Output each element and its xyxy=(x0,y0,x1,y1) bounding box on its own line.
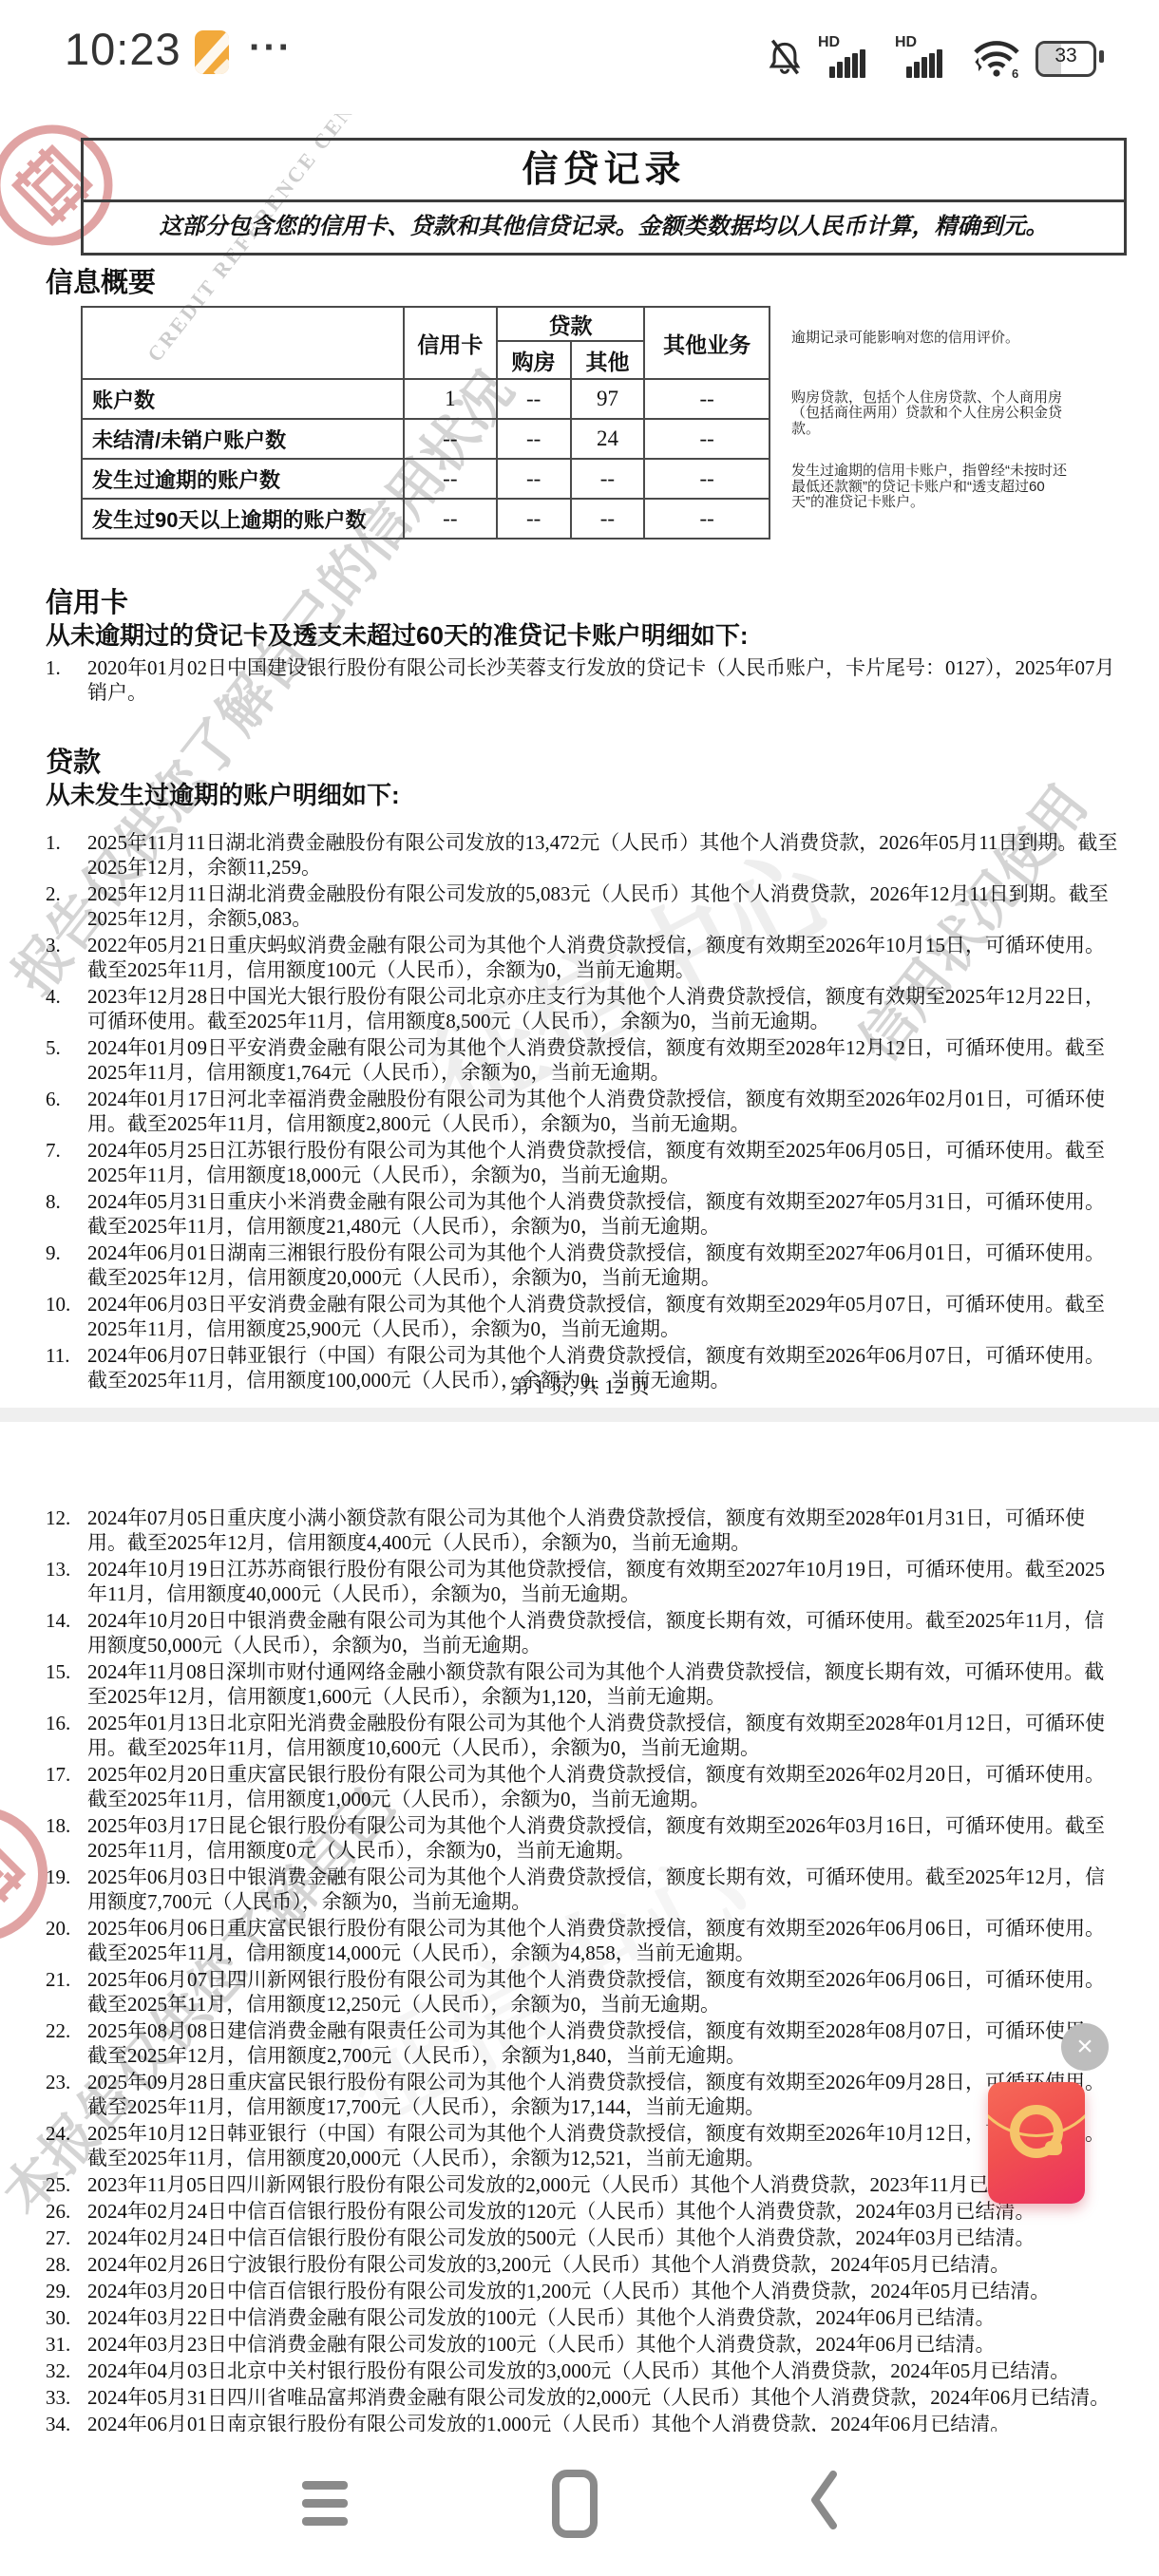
col-loan: 贷款 xyxy=(497,307,645,341)
item-number: 6. xyxy=(46,1087,87,1136)
list-item: 23. 2025年09月28日重庆富民银行股份有限公司为其他个人消费贷款授信，额… xyxy=(46,2070,1121,2119)
row-label: 发生过90天以上逾期的账户数 xyxy=(82,499,404,539)
list-item: 12. 2024年07月05日重庆度小满小额贷款有限公司为其他个人消费贷款授信，… xyxy=(46,1506,1121,1555)
item-text: 2024年05月25日江苏银行股份有限公司为其他个人消费贷款授信，额度有效期至2… xyxy=(87,1138,1121,1187)
recents-menu-button[interactable] xyxy=(302,2481,348,2526)
item-text: 2024年03月22日中信消费金融有限公司发放的100元（人民币）其他个人消费贷… xyxy=(87,2305,1121,2330)
list-item: 1. 2020年01月02日中国建设银行股份有限公司长沙芙蓉支行发放的贷记卡（人… xyxy=(46,655,1121,705)
table-row: 发生过逾期的账户数 -- -- -- -- xyxy=(82,459,769,499)
item-text: 2025年10月12日韩亚银行（中国）有限公司为其他个人消费贷款授信，额度有效期… xyxy=(87,2121,1121,2170)
item-text: 2025年06月03日中银消费金融有限公司为其他个人消费贷款授信，额度长期有效，… xyxy=(87,1865,1121,1914)
list-item: 31. 2024年03月23日中信消费金融有限公司发放的100元（人民币）其他个… xyxy=(46,2332,1121,2357)
item-number: 26. xyxy=(46,2199,87,2224)
item-text: 2025年03月17日昆仑银行股份有限公司为其他个人消费贷款授信，额度有效期至2… xyxy=(87,1813,1121,1863)
list-item: 8. 2024年05月31日重庆小米消费金融有限公司为其他个人消费贷款授信，额度… xyxy=(46,1189,1121,1239)
col-loan-other: 其他 xyxy=(571,341,645,379)
credit-card-list: 1. 2020年01月02日中国建设银行股份有限公司长沙芙蓉支行发放的贷记卡（人… xyxy=(46,655,1121,705)
item-text: 2023年12月28日中国光大银行股份有限公司北京亦庄支行为其他个人消费贷款授信… xyxy=(87,984,1121,1033)
item-number: 16. xyxy=(46,1711,87,1760)
item-number: 23. xyxy=(46,2070,87,2119)
col-loan-house: 购房 xyxy=(497,341,571,379)
list-item: 27. 2024年02月24日中信百信银行股份有限公司发放的500元（人民币）其… xyxy=(46,2226,1121,2250)
row-label: 未结清/未销户账户数 xyxy=(82,419,404,459)
cell-credit-card: 1 xyxy=(404,379,497,419)
credit-report-page-1: 信贷记录 这部分包含您的信用卡、贷款和其他信贷记录。金额类数据均以人民币计算，精… xyxy=(0,114,1159,1394)
item-text: 2025年06月06日重庆富民银行股份有限公司为其他个人消费贷款授信，额度有效期… xyxy=(87,1916,1121,1965)
battery-percent: 33 xyxy=(1035,41,1096,71)
item-number: 32. xyxy=(46,2358,87,2383)
summary-note: 购房贷款，包括个人住房贷款、个人商用房（包括商住两用）贷款和个人住房公积金贷款。 xyxy=(791,390,1076,438)
row-label: 账户数 xyxy=(82,379,404,419)
summary-notes: 逾期记录可能影响对您的信用评价。 购房贷款，包括个人住房贷款、个人商用房（包括商… xyxy=(791,306,1076,540)
item-text: 2025年09月28日重庆富民银行股份有限公司为其他个人消费贷款授信，额度有效期… xyxy=(87,2070,1121,2119)
list-item: 7. 2024年05月25日江苏银行股份有限公司为其他个人消费贷款授信，额度有效… xyxy=(46,1138,1121,1187)
cell-other-business: -- xyxy=(644,379,769,419)
list-item: 20. 2025年06月06日重庆富民银行股份有限公司为其他个人消费贷款授信，额… xyxy=(46,1916,1121,1965)
summary-section: 信用卡 贷款 其他业务 购房 其他 账户数 1 -- 97 xyxy=(81,306,1127,540)
item-text: 2024年11月08日深圳市财付通网络金融小额贷款有限公司为其他个人消费贷款授信… xyxy=(87,1659,1121,1709)
list-item: 28. 2024年02月26日宁波银行股份有限公司发放的3,200元（人民币）其… xyxy=(46,2252,1121,2277)
item-text: 2024年07月05日重庆度小满小额贷款有限公司为其他个人消费贷款授信，额度有效… xyxy=(87,1506,1121,1555)
summary-heading: 信息概要 xyxy=(46,269,1159,297)
item-text: 2024年06月03日平安消费金融有限公司为其他个人消费贷款授信，额度有效期至2… xyxy=(87,1292,1121,1341)
list-item: 21. 2025年06月07日四川新网银行股份有限公司为其他个人消费贷款授信，额… xyxy=(46,1967,1121,2017)
list-item: 4. 2023年12月28日中国光大银行股份有限公司北京亦庄支行为其他个人消费贷… xyxy=(46,984,1121,1033)
list-item: 18. 2025年03月17日昆仑银行股份有限公司为其他个人消费贷款授信，额度有… xyxy=(46,1813,1121,1863)
item-text: 2024年03月23日中信消费金融有限公司发放的100元（人民币）其他个人消费贷… xyxy=(87,2332,1121,2357)
item-text: 2023年11月05日四川新网银行股份有限公司发放的2,000元（人民币）其他个… xyxy=(87,2172,1121,2197)
credit-card-heading: 信用卡 xyxy=(46,589,1159,617)
summary-corner-cell xyxy=(82,307,404,379)
item-number: 31. xyxy=(46,2332,87,2357)
note-app-icon xyxy=(195,30,229,74)
item-text: 2020年01月02日中国建设银行股份有限公司长沙芙蓉支行发放的贷记卡（人民币账… xyxy=(87,655,1121,705)
credit-report-page-2: 12. 2024年07月05日重庆度小满小额贷款有限公司为其他个人消费贷款授信，… xyxy=(0,1422,1159,2432)
page-subtitle: 这部分包含您的信用卡、贷款和其他信贷记录。金额类数据均以人民币计算，精确到元。 xyxy=(84,202,1124,253)
cell-loan-house: -- xyxy=(497,459,571,499)
item-number: 8. xyxy=(46,1189,87,1239)
cell-other-business: -- xyxy=(644,459,769,499)
item-number: 29. xyxy=(46,2279,87,2303)
cell-loan-other: 97 xyxy=(571,379,645,419)
item-text: 2024年02月24日中信百信银行股份有限公司发放的500元（人民币）其他个人消… xyxy=(87,2226,1121,2250)
cell-credit-card: -- xyxy=(404,499,497,539)
cell-other-business: -- xyxy=(644,419,769,459)
cell-loan-other: -- xyxy=(571,459,645,499)
list-item: 10. 2024年06月03日平安消费金融有限公司为其他个人消费贷款授信，额度有… xyxy=(46,1292,1121,1341)
item-number: 10. xyxy=(46,1292,87,1341)
item-text: 2024年05月31日重庆小米消费金融有限公司为其他个人消费贷款授信，额度有效期… xyxy=(87,1189,1121,1239)
cellular-signal-icon-sim2: HD xyxy=(895,36,958,78)
item-text: 2024年01月09日平安消费金融有限公司为其他个人消费贷款授信，额度有效期至2… xyxy=(87,1035,1121,1085)
item-number: 7. xyxy=(46,1138,87,1187)
item-number: 21. xyxy=(46,1967,87,2017)
loan-subheading: 从未发生过逾期的账户明细如下: xyxy=(46,781,1159,809)
item-number: 19. xyxy=(46,1865,87,1914)
page-title: 信贷记录 xyxy=(84,141,1124,202)
item-number: 28. xyxy=(46,2252,87,2277)
list-item: 1. 2025年11月11日湖北消费金融股份有限公司发放的13,472元（人民币… xyxy=(46,830,1121,880)
item-text: 2025年08月08日建信消费金融有限责任公司为其他个人消费贷款授信，额度有效期… xyxy=(87,2018,1121,2068)
item-number: 22. xyxy=(46,2018,87,2068)
list-item: 25. 2023年11月05日四川新网银行股份有限公司发放的2,000元（人民币… xyxy=(46,2172,1121,2197)
screen[interactable]: CREDIT REFERENCE CENTER · PEOPLE'S BANK … xyxy=(0,0,1159,2576)
list-item: 3. 2022年05月21日重庆蚂蚁消费金融有限公司为其他个人消费贷款授信，额度… xyxy=(46,933,1121,982)
cell-other-business: -- xyxy=(644,499,769,539)
cell-loan-house: -- xyxy=(497,419,571,459)
item-text: 2025年06月07日四川新网银行股份有限公司为其他个人消费贷款授信，额度有效期… xyxy=(87,1967,1121,2017)
red-envelope-logo-icon xyxy=(988,2082,1085,2204)
wifi-icon: 6 xyxy=(972,35,1021,79)
item-text: 2022年05月21日重庆蚂蚁消费金融有限公司为其他个人消费贷款授信，额度有效期… xyxy=(87,933,1121,982)
item-text: 2024年06月01日湖南三湘银行股份有限公司为其他个人消费贷款授信，额度有效期… xyxy=(87,1241,1121,1290)
more-dots-icon: ··· xyxy=(249,27,293,69)
credit-card-subheading: 从未逾期过的贷记卡及透支未超过60天的准贷记卡账户明细如下: xyxy=(46,621,1159,650)
table-row: 发生过90天以上逾期的账户数 -- -- -- -- xyxy=(82,499,769,539)
cell-loan-house: -- xyxy=(497,379,571,419)
list-item: 13. 2024年10月19日江苏苏商银行股份有限公司为其他贷款授信，额度有效期… xyxy=(46,1557,1121,1606)
item-text: 2024年10月19日江苏苏商银行股份有限公司为其他贷款授信，额度有效期至202… xyxy=(87,1557,1121,1606)
red-envelope-button[interactable] xyxy=(988,2082,1085,2204)
item-text: 2025年11月11日湖北消费金融股份有限公司发放的13,472元（人民币）其他… xyxy=(87,830,1121,880)
item-number: 5. xyxy=(46,1035,87,1085)
home-button[interactable] xyxy=(552,2470,598,2538)
close-float-button[interactable]: × xyxy=(1061,2023,1109,2071)
item-number: 1. xyxy=(46,830,87,880)
mute-bell-icon xyxy=(766,36,804,78)
item-number: 3. xyxy=(46,933,87,982)
list-item: 5. 2024年01月09日平安消费金融有限公司为其他个人消费贷款授信，额度有效… xyxy=(46,1035,1121,1085)
item-text: 2024年02月24日中信百信银行股份有限公司发放的120元（人民币）其他个人消… xyxy=(87,2199,1121,2224)
item-number: 20. xyxy=(46,1916,87,1965)
list-item: 16. 2025年01月13日北京阳光消费金融股份有限公司为其他个人消费贷款授信… xyxy=(46,1711,1121,1760)
list-item: 2. 2025年12月11日湖北消费金融股份有限公司发放的5,083元（人民币）… xyxy=(46,881,1121,931)
item-text: 2025年02月20日重庆富民银行股份有限公司为其他个人消费贷款授信，额度有效期… xyxy=(87,1762,1121,1811)
clock: 10:23 xyxy=(65,23,181,75)
cell-credit-card: -- xyxy=(404,459,497,499)
loan-list-page2: 12. 2024年07月05日重庆度小满小额贷款有限公司为其他个人消费贷款授信，… xyxy=(46,1422,1121,2432)
item-number: 9. xyxy=(46,1241,87,1290)
back-button[interactable] xyxy=(809,2470,838,2530)
list-item: 30. 2024年03月22日中信消费金融有限公司发放的100元（人民币）其他个… xyxy=(46,2305,1121,2330)
item-number: 15. xyxy=(46,1659,87,1709)
item-number: 4. xyxy=(46,984,87,1033)
item-text: 2024年04月03日北京中关村银行股份有限公司发放的3,000元（人民币）其他… xyxy=(87,2358,1121,2383)
list-item: 32. 2024年04月03日北京中关村银行股份有限公司发放的3,000元（人民… xyxy=(46,2358,1121,2383)
list-item: 17. 2025年02月20日重庆富民银行股份有限公司为其他个人消费贷款授信，额… xyxy=(46,1762,1121,1811)
battery-icon: 33 xyxy=(1035,38,1110,76)
loan-list-page1: 1. 2025年11月11日湖北消费金融股份有限公司发放的13,472元（人民币… xyxy=(46,830,1121,1392)
item-text: 2024年02月26日宁波银行股份有限公司发放的3,200元（人民币）其他个人消… xyxy=(87,2252,1121,2277)
summary-table: 信用卡 贷款 其他业务 购房 其他 账户数 1 -- 97 xyxy=(81,306,770,540)
report-title-box: 信贷记录 这部分包含您的信用卡、贷款和其他信贷记录。金额类数据均以人民币计算，精… xyxy=(81,138,1127,256)
table-row: 未结清/未销户账户数 -- -- 24 -- xyxy=(82,419,769,459)
item-text: 2025年12月11日湖北消费金融股份有限公司发放的5,083元（人民币）其他个… xyxy=(87,881,1121,931)
list-item: 19. 2025年06月03日中银消费金融有限公司为其他个人消费贷款授信，额度长… xyxy=(46,1865,1121,1914)
list-item: 14. 2024年10月20日中银消费金融有限公司为其他个人消费贷款授信，额度长… xyxy=(46,1608,1121,1657)
table-row: 账户数 1 -- 97 -- xyxy=(82,379,769,419)
item-number: 18. xyxy=(46,1813,87,1863)
cell-loan-other: 24 xyxy=(571,419,645,459)
page-number: 第 1 页, 共 12 页 xyxy=(0,1372,1159,1400)
list-item: 22. 2025年08月08日建信消费金融有限责任公司为其他个人消费贷款授信，额… xyxy=(46,2018,1121,2068)
page-separator xyxy=(0,1408,1159,1422)
list-item: 29. 2024年03月20日中信百信银行股份有限公司发放的1,200元（人民币… xyxy=(46,2279,1121,2303)
cellular-signal-icon-sim1: HD xyxy=(818,36,881,78)
item-number: 12. xyxy=(46,1506,87,1555)
status-bar: 10:23 ··· HD HD 6 xyxy=(0,0,1159,114)
list-item: 9. 2024年06月01日湖南三湘银行股份有限公司为其他个人消费贷款授信，额度… xyxy=(46,1241,1121,1290)
item-number: 27. xyxy=(46,2226,87,2250)
loan-heading: 贷款 xyxy=(46,748,1159,777)
svg-text:6: 6 xyxy=(1012,66,1018,79)
item-text: 2024年10月20日中银消费金融有限公司为其他个人消费贷款授信，额度长期有效，… xyxy=(87,1608,1121,1657)
item-number: 30. xyxy=(46,2305,87,2330)
summary-note: 逾期记录可能影响对您的信用评价。 xyxy=(791,331,1076,347)
list-item: 34. 2024年06月01日南京银行股份有限公司发放的1,000元（人民币）其… xyxy=(46,2412,1121,2432)
item-number: 17. xyxy=(46,1762,87,1811)
list-item: 6. 2024年01月17日河北幸福消费金融股份有限公司为其他个人消费贷款授信，… xyxy=(46,1087,1121,1136)
item-number: 25. xyxy=(46,2172,87,2197)
cell-loan-other: -- xyxy=(571,499,645,539)
item-text: 2024年05月31日四川省唯品富邦消费金融有限公司发放的2,000元（人民币）… xyxy=(87,2385,1121,2410)
cell-loan-house: -- xyxy=(497,499,571,539)
item-number: 33. xyxy=(46,2385,87,2410)
item-number: 14. xyxy=(46,1608,87,1657)
list-item: 33. 2024年05月31日四川省唯品富邦消费金融有限公司发放的2,000元（… xyxy=(46,2385,1121,2410)
list-item: 26. 2024年02月24日中信百信银行股份有限公司发放的120元（人民币）其… xyxy=(46,2199,1121,2224)
list-item: 24. 2025年10月12日韩亚银行（中国）有限公司为其他个人消费贷款授信，额… xyxy=(46,2121,1121,2170)
item-number: 2. xyxy=(46,881,87,931)
row-label: 发生过逾期的账户数 xyxy=(82,459,404,499)
summary-note: 发生过逾期的信用卡账户，指曾经“未按时还最低还款额”的贷记卡账户和“透支超过60… xyxy=(791,464,1076,511)
item-text: 2024年06月01日南京银行股份有限公司发放的1,000元（人民币）其他个人消… xyxy=(87,2412,1121,2432)
item-text: 2025年01月13日北京阳光消费金融股份有限公司为其他个人消费贷款授信，额度有… xyxy=(87,1711,1121,1760)
cell-credit-card: -- xyxy=(404,419,497,459)
list-item: 15. 2024年11月08日深圳市财付通网络金融小额贷款有限公司为其他个人消费… xyxy=(46,1659,1121,1709)
item-number: 24. xyxy=(46,2121,87,2170)
item-number: 34. xyxy=(46,2412,87,2432)
col-other-business: 其他业务 xyxy=(644,307,769,379)
item-text: 2024年01月17日河北幸福消费金融股份有限公司为其他个人消费贷款授信，额度有… xyxy=(87,1087,1121,1136)
item-text: 2024年03月20日中信百信银行股份有限公司发放的1,200元（人民币）其他个… xyxy=(87,2279,1121,2303)
item-number: 1. xyxy=(46,655,87,705)
item-number: 13. xyxy=(46,1557,87,1606)
col-credit-card: 信用卡 xyxy=(404,307,497,379)
android-nav-bar xyxy=(0,2432,1159,2576)
